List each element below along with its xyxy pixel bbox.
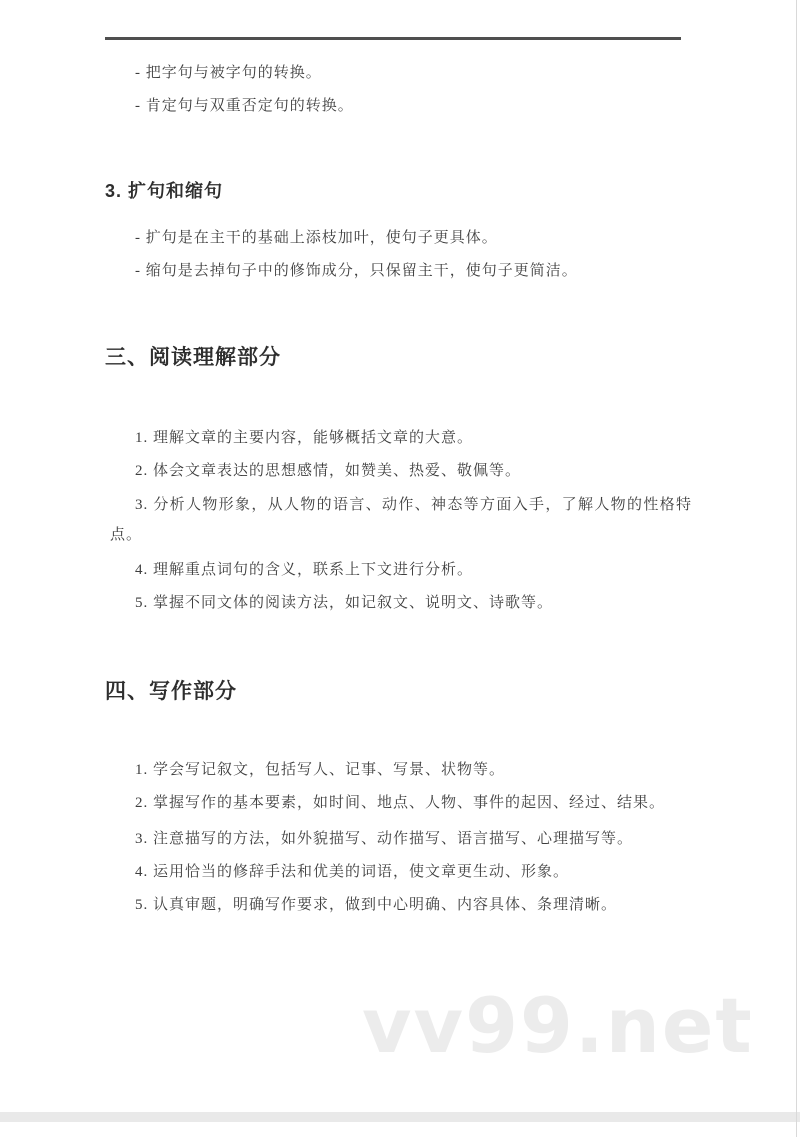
expand-shrink-bullet-item: - 缩句是去掉句子中的修饰成分，只保留主干，使句子更简洁。	[110, 256, 692, 286]
writing-list-item: 5. 认真审题，明确写作要求，做到中心明确、内容具体、条理清晰。	[110, 890, 692, 920]
reading-list-item: 2. 体会文章表达的思想感情，如赞美、热爱、敬佩等。	[110, 456, 692, 486]
carryover-bullet-item: - 肯定句与双重否定句的转换。	[110, 91, 692, 121]
page-top-rule	[105, 37, 681, 40]
footer-band	[0, 1112, 800, 1122]
writing-list-item: 3. 注意描写的方法，如外貌描写、动作描写、语言描写、心理描写等。	[110, 824, 692, 854]
carryover-bullet-item: - 把字句与被字句的转换。	[110, 58, 692, 88]
reading-list-item: 5. 掌握不同文体的阅读方法，如记叙文、说明文、诗歌等。	[110, 588, 692, 618]
writing-list-item: 2. 掌握写作的基本要素，如时间、地点、人物、事件的起因、经过、结果。	[110, 788, 692, 818]
writing-list-item: 4. 运用恰当的修辞手法和优美的词语，使文章更生动、形象。	[110, 857, 692, 887]
document-page: - 把字句与被字句的转换。 - 肯定句与双重否定句的转换。 3. 扩句和缩句 -…	[0, 0, 800, 1137]
reading-list-item: 1. 理解文章的主要内容，能够概括文章的大意。	[110, 423, 692, 453]
writing-section-heading: 四、写作部分	[105, 677, 237, 707]
reading-section-heading: 三、阅读理解部分	[105, 343, 281, 373]
reading-list-item: 4. 理解重点词句的含义，联系上下文进行分析。	[110, 555, 692, 585]
page-right-border	[796, 0, 797, 1137]
writing-list-item: 1. 学会写记叙文，包括写人、记事、写景、状物等。	[110, 755, 692, 785]
expand-shrink-section-heading: 3. 扩句和缩句	[105, 178, 223, 204]
expand-shrink-bullet-item: - 扩句是在主干的基础上添枝加叶，使句子更具体。	[110, 223, 692, 253]
watermark-text: vv99.net	[362, 988, 754, 1064]
reading-list-item: 3. 分析人物形象，从人物的语言、动作、神态等方面入手，了解人物的性格特点。	[110, 490, 692, 550]
